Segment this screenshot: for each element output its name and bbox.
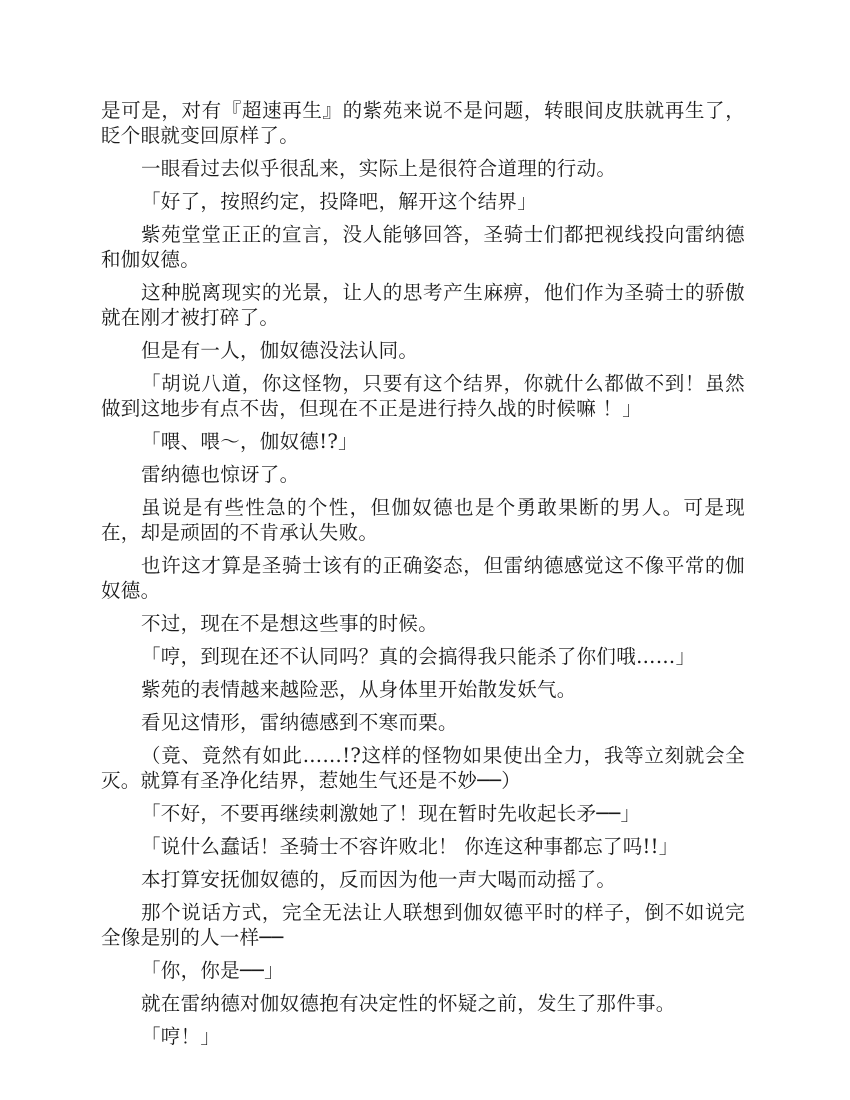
paragraph: 雷纳德也惊讶了。 bbox=[101, 462, 745, 487]
paragraph: 「说什么蠢话！圣骑士不容许败北！ 你连这种事都忘了吗!!」 bbox=[101, 834, 745, 859]
paragraph: 就在雷纳德对伽奴德抱有决定性的怀疑之前，发生了那件事。 bbox=[101, 991, 745, 1016]
paragraph: 一眼看过去似乎很乱来，实际上是很符合道理的行动。 bbox=[101, 156, 745, 181]
paragraph: 「哼！」 bbox=[101, 1024, 745, 1049]
paragraph: 紫苑堂堂正正的宣言，没人能够回答，圣骑士们都把视线投向雷纳德和伽奴德。 bbox=[101, 222, 745, 272]
paragraph: 那个说话方式，完全无法让人联想到伽奴德平时的样子，倒不如说完全像是别的人一样── bbox=[101, 900, 745, 950]
paragraph: 这种脱离现实的光景，让人的思考产生麻痹，他们作为圣骑士的骄傲就在刚才被打碎了。 bbox=[101, 280, 745, 330]
paragraph: 不过，现在不是想这些事的时候。 bbox=[101, 611, 745, 636]
document-page: 是可是，对有『超速再生』的紫苑来说不是问题，转眼间皮肤就再生了，眨个眼就变回原样… bbox=[101, 98, 745, 1057]
paragraph: 「胡说八道，你这怪物，只要有这个结界，你就什么都做不到！虽然做到这地步有点不齿，… bbox=[101, 371, 745, 421]
paragraph: 本打算安抚伽奴德的，反而因为他一声大喝而动摇了。 bbox=[101, 867, 745, 892]
paragraph: 但是有一人，伽奴德没法认同。 bbox=[101, 338, 745, 363]
paragraph: 「不好，不要再继续刺激她了！现在暂时先收起长矛──」 bbox=[101, 801, 745, 826]
paragraph: 「喂、喂～，伽奴德!?」 bbox=[101, 429, 745, 454]
paragraph: 看见这情形，雷纳德感到不寒而栗。 bbox=[101, 710, 745, 735]
paragraph: （竟、竟然有如此……!?这样的怪物如果使出全力，我等立刻就会全灭。就算有圣净化结… bbox=[101, 743, 745, 793]
paragraph: 也许这才算是圣骑士该有的正确姿态，但雷纳德感觉这不像平常的伽奴德。 bbox=[101, 553, 745, 603]
paragraph: 紫苑的表情越来越险恶，从身体里开始散发妖气。 bbox=[101, 677, 745, 702]
paragraph: 「哼，到现在还不认同吗？真的会搞得我只能杀了你们哦……」 bbox=[101, 644, 745, 669]
paragraph: 「你，你是──」 bbox=[101, 958, 745, 983]
paragraph: 是可是，对有『超速再生』的紫苑来说不是问题，转眼间皮肤就再生了，眨个眼就变回原样… bbox=[101, 98, 745, 148]
paragraph: 「好了，按照约定，投降吧，解开这个结界」 bbox=[101, 189, 745, 214]
paragraph: 虽说是有些性急的个性，但伽奴德也是个勇敢果断的男人。可是现在，却是顽固的不肯承认… bbox=[101, 495, 745, 545]
